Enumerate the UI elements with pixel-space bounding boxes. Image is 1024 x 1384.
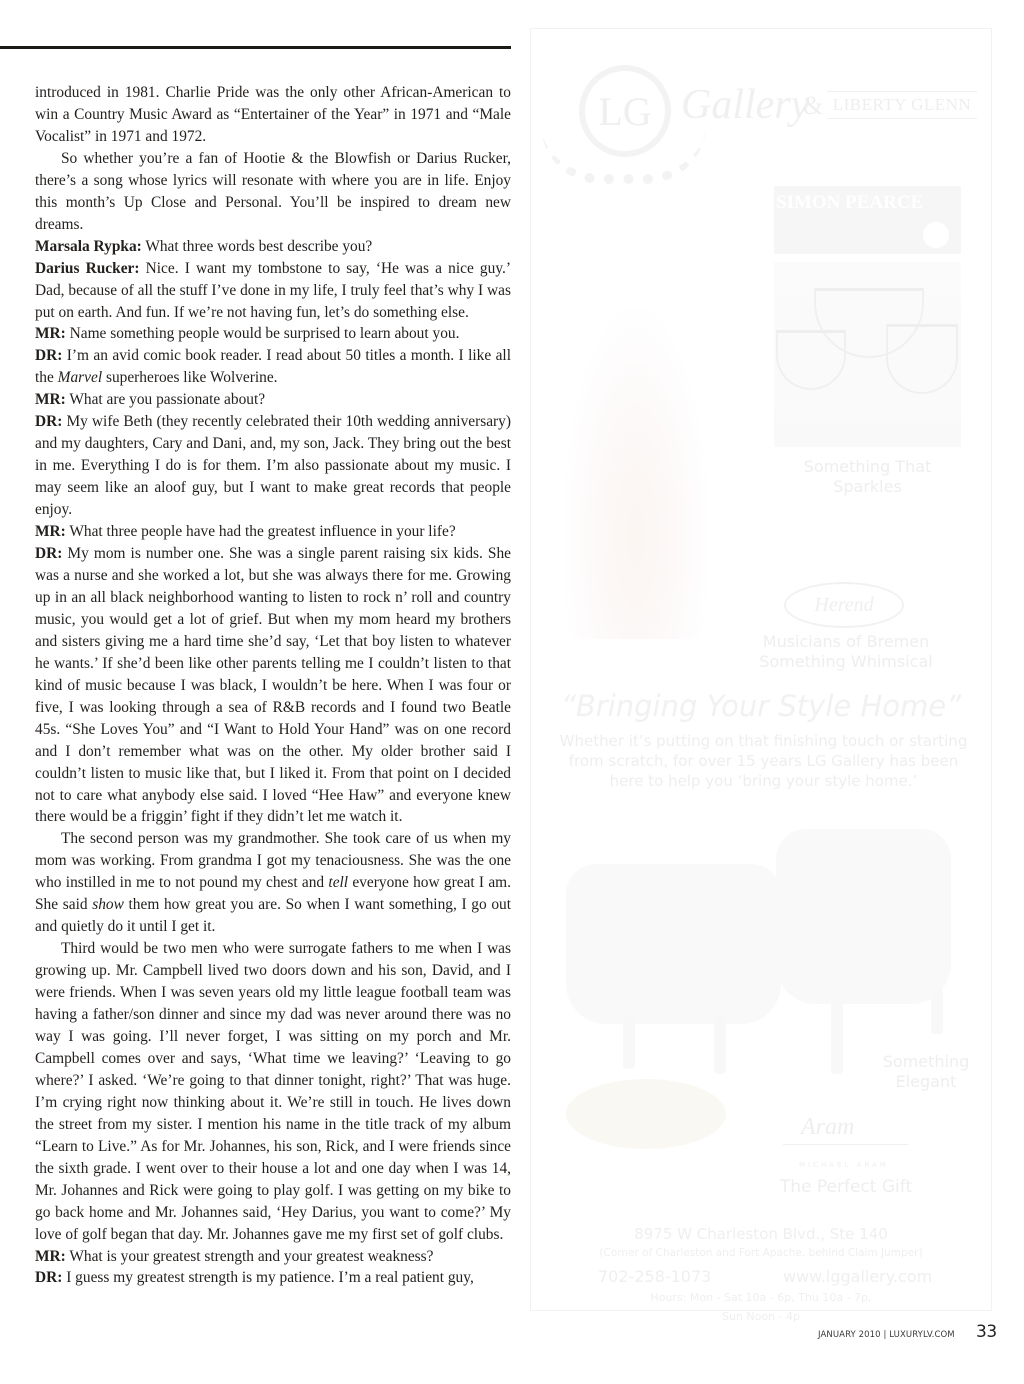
michael-aram-signature: Aram (801, 1114, 854, 1141)
issue-info: JANUARY 2010 | LUXURYLV.COM (818, 1330, 955, 1340)
speaker-label: Marsala Rypka: (35, 238, 142, 255)
herend-figurine-photo (561, 299, 711, 639)
article-paragraph: The second person was my grandmother. Sh… (35, 828, 511, 938)
armchair-icon (776, 829, 951, 1004)
signature-underline (783, 1144, 908, 1145)
glassware-photo (774, 262, 961, 447)
store-hours: Hours: Mon - Sat 10a - 6p, Thu 10a - 7p, (531, 1291, 991, 1304)
interview-qa-paragraph: DR: My wife Beth (they recently celebrat… (35, 411, 511, 521)
interview-qa-paragraph: MR: What are you passionate about? (35, 389, 511, 411)
liberty-glenn-logo: LIBERTY GLENN (827, 91, 977, 119)
garland-ornament-icon (541, 124, 706, 184)
ad-tagline: “Bringing Your Style Home” (531, 689, 991, 723)
emphasis-text: tell (328, 874, 348, 891)
interview-qa-paragraph: DR: I’m an avid comic book reader. I rea… (35, 345, 511, 389)
speaker-label: DR: (35, 545, 62, 562)
speaker-label: MR: (35, 523, 66, 540)
chairs-caption: Something Elegant (871, 1052, 981, 1092)
glass-goblet-icon (776, 330, 846, 390)
michael-aram-caption: The Perfect Gift (771, 1177, 921, 1197)
gallery-script-logo: Gallery (681, 81, 809, 129)
speaker-label: MR: (35, 391, 66, 408)
speaker-label: MR: (35, 1248, 66, 1265)
top-rule-divider (0, 46, 511, 49)
store-website-link[interactable]: www.lggallery.com (783, 1267, 932, 1286)
interview-qa-paragraph: Darius Rucker: Nice. I want my tombstone… (35, 258, 511, 324)
emphasis-text: show (92, 896, 124, 913)
interview-qa-paragraph: MR: What three people have had the great… (35, 521, 511, 543)
interview-qa-paragraph: Marsala Rypka: What three words best des… (35, 236, 511, 258)
speaker-label: Darius Rucker: (35, 260, 139, 277)
article-paragraph: Third would be two men who were surrogat… (35, 938, 511, 1245)
logo-ampersand: & (803, 91, 823, 121)
simon-pearce-caption: Something That Sparkles (774, 457, 961, 497)
speaker-label: DR: (35, 413, 62, 430)
store-hours-sunday: Sun Noon - 4p (531, 1310, 991, 1323)
glass-goblet-icon (886, 324, 958, 394)
simon-pearce-knot-icon (923, 222, 949, 248)
interview-article-body: introduced in 1981. Charlie Pride was th… (35, 82, 511, 1289)
michael-aram-bowl-photo (566, 1079, 726, 1149)
speaker-label: MR: (35, 325, 66, 342)
michael-aram-wordmark: MICHAEL ARAM (799, 1161, 889, 1169)
emphasis-text: Marvel (58, 369, 102, 386)
article-paragraph: introduced in 1981. Charlie Pride was th… (35, 82, 511, 148)
speaker-label: DR: (35, 347, 62, 364)
ad-tagline-body: Whether it’s putting on that finishing t… (551, 731, 976, 791)
store-address: 8975 W Charleston Blvd., Ste 140 (531, 1225, 991, 1243)
speaker-label: DR: (35, 1269, 62, 1286)
interview-qa-paragraph: DR: I guess my greatest strength is my p… (35, 1267, 511, 1289)
herend-caption: Musicians of Bremen Something Whimsical (731, 632, 961, 672)
herend-logo: Herend (784, 582, 904, 628)
interview-qa-paragraph: MR: Name something people would be surpr… (35, 323, 511, 345)
page-number: 33 (976, 1322, 997, 1342)
simon-pearce-logo: SIMON PEARCE (774, 186, 961, 254)
store-directions: (Corner of Charleston and Fort Apache, b… (531, 1247, 991, 1259)
interview-qa-paragraph: DR: My mom is number one. She was a sing… (35, 543, 511, 828)
simon-pearce-wordmark: SIMON PEARCE (776, 192, 923, 213)
article-paragraph: So whether you’re a fan of Hootie & the … (35, 148, 511, 236)
armchair-icon (566, 864, 781, 1024)
lg-gallery-advertisement: LG Gallery & LIBERTY GLENN SIMON PEARCE … (530, 28, 992, 1311)
store-phone[interactable]: 702-258-1073 (598, 1267, 711, 1286)
interview-qa-paragraph: MR: What is your greatest strength and y… (35, 1246, 511, 1268)
